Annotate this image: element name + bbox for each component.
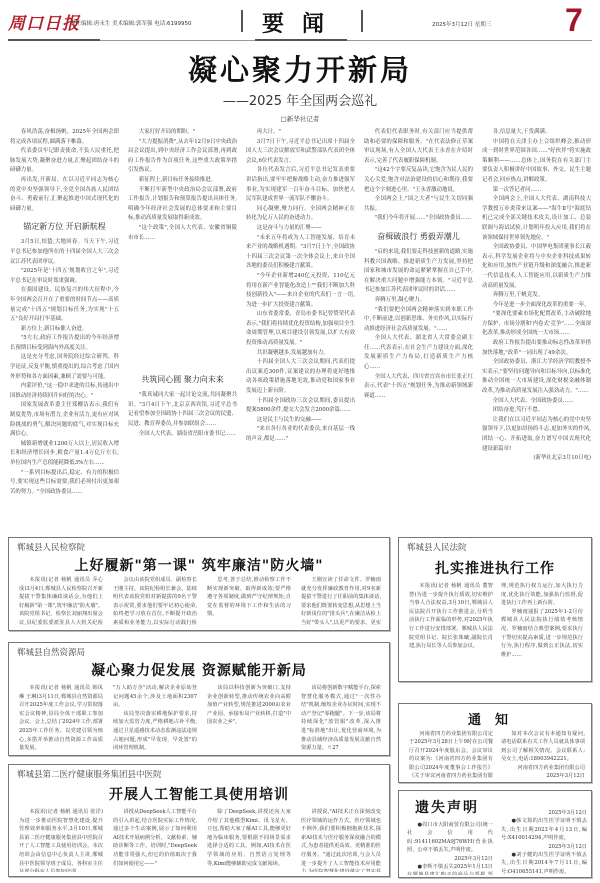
article-court: 郸城县人民法院 扎实推进执行工作 本报讯(记者 杨帆 通讯员 董智慧)为进一步提… [398, 537, 592, 682]
paragraph: 王刚宣读了任命文件。罗楠雨就充分发挥廉政教育作用,对9名新提拔干警进行了任职前的… [301, 576, 381, 626]
paragraph: 中国将在天津主办上合组织峰会,推动形成一到时世界范围各国……"好伙伴"将实施政策… [482, 138, 591, 186]
paragraph: 本报讯(记者 杨帆 通讯员 董智慧)为进一步提升执行质效,切实维护当事人合法权益… [409, 582, 493, 651]
paragraph: 不断打牢新型中央政治局会议部署,政府工作报告,计划报告和预算报告提出具体任务,明… [128, 186, 237, 224]
paragraph: 会议由该院党组成员、副检察长王刚主持。该院纪检组长兼会。陆续明代表该院党组对新提… [113, 576, 197, 626]
paragraph: 春风浩荡,奋楫扬帆。2025年全国两会即将完成各项议程,圆满落下帷幕。 [10, 128, 119, 147]
lead-column-2: 大家打好开局的期盼。" "大力提振消费",从去年12月9日中央政治局会议提出,到… [128, 128, 237, 528]
section-heading: 锚定新方位 开启新航程 [10, 220, 119, 234]
paragraph: 理,规范执行权力运行,加大执行力度,优化执行效能,加强执行监督,促进执行工作再上… [501, 582, 583, 608]
paragraph: 这是奋斗与力量的汇聚—— [246, 224, 355, 234]
article-column: 讲授从DeepSeek人工智能平台的引入讲起,结合医院实际工作情况,通过多个生动… [113, 808, 197, 872]
paragraph: 在强国建设、民族复兴的伟大征程中,今年全国两会召开在了重要的时间节点——高质量完… [10, 286, 119, 324]
paragraph: 该局以科技创新为突破口,支持企业创新转型,推动传统农业向高附加值产业转型,规范推… [207, 684, 291, 727]
paragraph: 新方位上,新目标催人奋进。 [10, 325, 119, 335]
lead-headline: 凝心聚力开新局 [0, 48, 600, 89]
lead-column-1: 春风浩荡,奋楫扬帆。2025年全国两会即将完成各项议程,圆满落下帷幕。 代表委员… [10, 128, 119, 528]
lost-notice-title: 遗失声明 [415, 797, 479, 817]
divider [241, 10, 243, 32]
article-column: 本报讯(记者 杨帆 通讯员 董智慧)为进一步提升执行质效,切实维护当事人合法权益… [409, 582, 493, 674]
paragraph: 共识凝聚越多,发展越加有力。 [246, 349, 355, 359]
lost-notice-right: 2025年3月12日 ●韩文筠的出生医学证明不慎丢失,出生日期2023年4月13… [501, 797, 587, 875]
article-column: 理,规范执行权力运行,加大执行力度,优化执行效能,加强执行监督,促进执行工作再上… [501, 582, 583, 674]
paragraph: 全国人大代表、湖北省人大常委会副主任……代表表示,在社会生产力建设方面,深化发展… [364, 334, 473, 372]
lost-item: ●李辉不慎丢失2025年1月13日在郸城县建汇购买的商品与票据,票号:30015… [407, 863, 493, 875]
paragraph: "一系列目标提出后,稳定、有力的积极信号,要实现这些目标需要,我们必须付出更加艰… [10, 469, 119, 498]
article-column: 该局以科技创新为突破口,支持企业创新转型,推动传统农业向高附加值产业转型,规范推… [207, 684, 291, 750]
paragraph: "启的来说,我们要走科技创新的道路,实施科教兴国战略、推进新质生产力发展,坚持把… [364, 248, 473, 296]
paragraph: 第一次答记者问…… [482, 186, 591, 196]
lost-item-date: 2025年3月12日 [501, 809, 587, 817]
article-org: 郸城县人民法院 [407, 541, 467, 553]
paragraph: 全国人大代表、湖南省岳阳市委书记…… [128, 430, 237, 440]
paragraph: 今年是进一步全面深化改革的重要一年。 [482, 301, 591, 311]
paragraph: 同心凝聚,聚力同行。全国两会精神正在转化为亿万人民的奋进动力。 [246, 205, 355, 224]
article-title: 上好履新"第一课" 筑牢廉洁"防火墙" [9, 555, 389, 575]
article-column: "万人助万企"活动,解决企业原始登记问题45余个,涉及土地面积2307亩。该局坚… [113, 684, 197, 750]
lost-item-date: 2025年3月12日 [407, 855, 493, 863]
article-hospital: 郸城县第二医疗健康服务集团县中医院 开展人工智能工具使用培训 本报讯(记者 杨帆… [8, 764, 390, 877]
divider [8, 39, 100, 41]
paragraph: 该局将创新数字赋能平台,探索智慧化服务模式,通过"一次性办结"机制,缩短企业办证… [301, 684, 381, 750]
divider [255, 39, 347, 41]
paragraph: "2025年是'十四五'规划收官之年",习近平总书记在审议时郑重强调。 [10, 267, 119, 286]
publication-date: 2025年3月12日 星期三 [432, 20, 491, 28]
article-title: 扎实推进执行工作 [399, 558, 591, 578]
paragraph: 全国两会上,全国人大代表、湖南科技大学教授万步炎带来议案——"海牛Ⅱ号"海底钻机… [482, 195, 591, 243]
paragraph: 全国人大代表、全国政协委员…… [482, 397, 591, 407]
article-column: 除了DeepSeek,讲授还向大家介绍了其他模型Kimi、讯飞星火、豆包,帮助大… [207, 808, 291, 872]
page-number: 7 [565, 2, 583, 39]
paragraph: 全国政协委员、中国华电集团董事长江毅表示,科学发展企业将与中央企业科技成果转化和… [482, 243, 591, 291]
paragraph: 内蒙评价,"这一稳中求进的目标,传递出中国推动经济持续回升向好的决心。" [10, 382, 119, 401]
article-title: 开展人工智能工具使用培训 [9, 784, 389, 804]
paragraph: 山东省委常委、青岛市委书记曾赞荣代表表示,"我们将持续优化投资结构,加强项目全生… [246, 310, 355, 348]
article-column: 本报讯(记者 杨帆 通讯员 韩凤琳 王琳)3月11日,郸城县自然资源局召开202… [19, 684, 103, 750]
article-column: 思考,善于总结,推动检察工作不断实现新突破、取得新成效;要严格遵守各项制度,做到… [207, 576, 291, 626]
lost-item: ●韩文筠的出生医学证明不慎丢失,出生日期2023年4月13日,编号:X41001… [501, 817, 587, 842]
paragraph: 这是民主与民生的交融—— [246, 416, 355, 426]
paragraph: 除了DeepSeek,讲授还向大家介绍了其他模型Kimi、讯飞星火、豆包,帮助大… [207, 808, 291, 868]
article-column: 会议由该院党组成员、副检察长王刚主持。该院纪检组长兼会。陆续明代表该院党组对新提… [113, 576, 197, 626]
lost-item: ●周口市大阳商贸有限公司(统一社会信用代码:91411602MA9J76WH)营… [407, 821, 493, 855]
notice-signer: 河南省四方药业集团有限公司 [501, 764, 585, 772]
article-title: 凝心聚力促发展 资源赋能开新局 [9, 660, 389, 680]
notice-date: 2025年3月12日 [501, 772, 585, 780]
paragraph: "要深化要素市场化配置改革,主动破除地方保护、市场分割和'内卷式'竞争"……全面… [482, 310, 591, 339]
paragraph: "大力提振消费",从去年12月9日中央政治局会议提出,到中央经济工作会议部署,再… [128, 138, 237, 176]
paragraph: 各位代表发言后,习近平总书记发表重要讲话指出,要牢牢把握战略主动,奋力推进强军事… [246, 166, 355, 204]
lead-column-3: 再大计。" 3月7日下午,习近平总书记出席十四届全国人大三次会议解放军和武警部队… [246, 128, 355, 528]
paragraph: 政府工作报告提出要推动标志性改革举措加快落地,"改革"一词出现了49余次。 [482, 339, 591, 358]
lead-column-5: 各,信息量大,干货满满。 中国将在天津主办上合组织峰会,推动形成一到时世界范围各… [482, 128, 591, 528]
article-column: 本报讯(记者 杨帆 通讯员 张洋)为进一步推动医院智慧化建设,提升管理效率和服务… [19, 808, 103, 872]
paragraph: 本报讯(记者 杨帆 通讯员 张洋)为进一步推动医院智慧化建设,提升管理效率和服务… [19, 808, 103, 872]
paragraph: 再大计。" [246, 128, 355, 138]
paragraph: 各,信息量大,干货满满。 [482, 128, 591, 138]
dateline-credit: (新华社北京3月10日电) [482, 454, 591, 464]
paragraph: 团结奋进,笃行不怠。 [482, 406, 591, 416]
paragraph: 如对本次会议有本通知有疑问,请电话联系有关工作人员就具体事项到公司了解相关情况。… [501, 730, 585, 764]
paragraph: 本报讯(记者 杨帆 通讯员 韩凤琳 王琳)3月11日,郸城县自然资源局召开202… [19, 684, 103, 750]
paragraph: 思考,善于总结,推动检察工作不断实现新突破、取得新成效;要严格遵守各项制度,做到… [207, 576, 291, 619]
divider [361, 10, 363, 32]
paragraph: "这个政策",全国人大代表、安徽省铜陵市市长…… [128, 224, 237, 243]
paragraph: "未来五年将成为人工智能发展、培育未来产业的战略机遇期。"3月7日上午,全国政协… [246, 234, 355, 272]
lost-notice-left: ●周口市大阳商贸有限公司(统一社会信用代码:91411602MA9J76WH)营… [407, 821, 493, 875]
paragraph: 十四届全国政协三次会议期间,委员提出提案5800余件,提交大会发言2000余篇…… [246, 397, 355, 416]
lead-story-body: 春风浩荡,奋楫扬帆。2025年全国两会即将完成各项议程,圆满落下帷幕。 代表委员… [10, 128, 594, 528]
paragraph: 讲授说,"AI技术正在深刻改变医疗领域的运作方式。医疗领域也不例外,我们要积极拥… [301, 808, 381, 872]
paragraph: 让我们在以习近平同志为核心的党中央坚强领导下,以更加昂扬的斗志,更加务实的作风,… [482, 416, 591, 454]
paragraph: "这42个字要反复品读,它饱含为民人民的关心关爱,饱含对法治建设的信心和期待,我… [364, 166, 473, 195]
paragraph: 再出发,开新局。在以习近平同志为核心的党中央坚强领导下,全党全国各族人民团结奋斗… [10, 176, 119, 214]
paragraph: 3月7日下午,习近平总书记出席十四届全国人大三次会议解放军和武警部队代表团全体会… [246, 138, 355, 167]
paragraph: 国家发展改革委主任郑栅洁表示,我们有制度优势,市场有潜力,企业有活力,更有应对风… [10, 401, 119, 439]
notice-body-continued: 如对本次会议有本通知有疑问,请电话联系有关工作人员就具体事项到公司了解相关情况。… [501, 730, 585, 782]
article-column: 本报讯(记者 杨帆 通讯员 乔心成)3月4日,郸城县人民检察院召开新提拔干警集体… [19, 576, 103, 626]
paragraph: "来自各行各业的代表委员,来自基层一线的声音,都是……" [246, 425, 355, 444]
section-heading: 奋楫破浪行 勇毅弄潮儿 [364, 230, 473, 244]
paragraph: 城镇新增就业1200万人以上,居民收入增长和经济增长同步,粮食产量1.4万亿斤左… [10, 440, 119, 469]
paragraph: "我们要把全国两会精神落实到本职工作中,不断前进,以创新思维、务实作风,以实际行… [364, 306, 473, 335]
section-heading: 共筑同心圆 聚力向未来 [128, 373, 237, 387]
paragraph: 大家打好开局的期盼。" [128, 128, 237, 138]
paragraph: 奔腾万里,凝心聚力。 [364, 296, 473, 306]
paragraph: 河南省四方药业集团有限公司定于2025年3月28日上午9时在公司餐厅召开2024… [409, 730, 493, 780]
masthead: 周口日报 责任编辑:唐永生 美术编辑:郭军强 电话:6199950 要闻 202… [0, 0, 600, 44]
lost-item-date: 2025年3月12日 [501, 843, 587, 851]
paragraph: 十四届全国人大三次会议期间,代表们提出议案近300件,议案建议的办理将更好地推动… [246, 358, 355, 396]
paragraph: 本报讯(记者 杨帆 通讯员 乔心成)3月4日,郸城县人民检察院召开新提拔干警集体… [19, 576, 103, 626]
paragraph: "我们今年将开展……"全国政协委员…… [364, 214, 473, 224]
paragraph: 代表委员牢记职责使命,不负人民重托,把脉发展大势,凝聚奋进力量,汇聚起团结奋斗的… [10, 147, 119, 176]
paragraph: 全国两会上,"国之大者"与民生关切同频共振。 [364, 195, 473, 214]
article-column: 王刚宣读了任命文件。罗楠雨就充分发挥廉政教育作用,对9名新提拔干警进行了任职前的… [301, 576, 381, 626]
section-title: 要闻 [262, 7, 342, 38]
paragraph: "我真诚同大家一起讨论交流,共同凝聚共识。"3月4日下午,北京京西宾馆,习近平总… [128, 391, 237, 429]
paragraph: "今年企业新增240亿元投资、110亿元将用在新产业智能化改造上""我们不断加大… [246, 272, 355, 310]
article-column: 该局将创新数字赋能平台,探索智慧化服务模式,通过"一次性办结"机制,缩短企业办证… [301, 684, 381, 750]
paragraph: 代表们代表职务时,有关部门应当提供帮助和必要的保障和服务。"在代表法修正草案审议… [364, 128, 473, 166]
paragraph: 讲授从DeepSeek人工智能平台的引入讲起,结合医院实际工作情况,通过多个生动… [113, 808, 197, 868]
lost-notice-box: 遗失声明 ●周口市大阳商贸有限公司(统一社会信用代码:91411602MA9J7… [398, 790, 592, 878]
article-org: 郸城县人民检察院 [17, 541, 85, 553]
paragraph: 罗楠雨通报了2025年1-2月份郸城县人民法院执行绩效考核情况。罗楠雨结合典型案… [501, 608, 583, 660]
article-org: 郸城县自然资源局 [17, 646, 85, 658]
lead-column-4: 代表们代表职务时,有关部门应当提供帮助和必要的保障和服务。"在代表法修正草案审议… [364, 128, 473, 528]
paragraph: 新征程上,新目标任务接续推进。 [128, 176, 237, 186]
notice-body: 河南省四方药业集团有限公司定于2025年3月28日上午9时在公司餐厅召开2024… [409, 730, 493, 780]
lost-item: ●刘子健的出生医学证明不慎丢失,出生日期2014年7月11日,编号:O41065… [501, 851, 587, 875]
lead-byline: □新华社记者 [0, 114, 600, 123]
lead-subheadline: ——2025 年全国两会巡礼 [0, 90, 600, 109]
article-org: 郸城县第二医疗健康服务集团县中医院 [17, 768, 162, 780]
paragraph: "5左右,政府工作报告提出的今年经济增长预期目标受到海内外高度关注。 [10, 334, 119, 353]
paragraph: 3月5日,惊蛰,大地回春。当天下午,习近平总书记参加他所在的十四届全国人大三次会… [10, 238, 119, 267]
paragraph: "万人助万企"活动,解决企业原始登记问题45余个,涉及土地面积2307亩。 [113, 684, 197, 710]
article-column: 讲授说,"AI技术正在深刻改变医疗领域的运作方式。医疗领域也不例外,我们要积极拥… [301, 808, 381, 872]
notice-box: 通知 河南省四方药业集团有限公司定于2025年3月28日上午9时在公司餐厅召开2… [398, 703, 592, 783]
paragraph: 这是充分考虑,国务院经过综合研判、科学论证,反复平衡,慎重提出的,综合考虑了国内… [10, 353, 119, 382]
paragraph: 全国政协委员、浙江大学经济学院教授李实表示,"要坚持问题导向和目标导向,以标准化… [482, 358, 591, 396]
paragraph: 奔腾万里,千帆竞发。 [482, 291, 591, 301]
editors-line: 责任编辑:唐永生 美术编辑:郭军强 电话:6199950 [70, 19, 192, 27]
article-procuratorate: 郸城县人民检察院 上好履新"第一课" 筑牢廉洁"防火墙" 本报讯(记者 杨帆 通… [8, 537, 390, 631]
paragraph: 全国人大代表、四川省宜宾市市长张正红表示,代表"十四五"规划任务,为推动新领域新… [364, 373, 473, 402]
article-natural-resources: 郸城县自然资源局 凝心聚力促发展 资源赋能开新局 本报讯(记者 杨帆 通讯员 韩… [8, 642, 390, 756]
paragraph: 该局坚决落实耕地保护要求,持续加大监管力度,严格耕地占补平衡,通过卫星遥感技术动… [113, 710, 197, 750]
notice-title: 通知 [399, 709, 591, 728]
